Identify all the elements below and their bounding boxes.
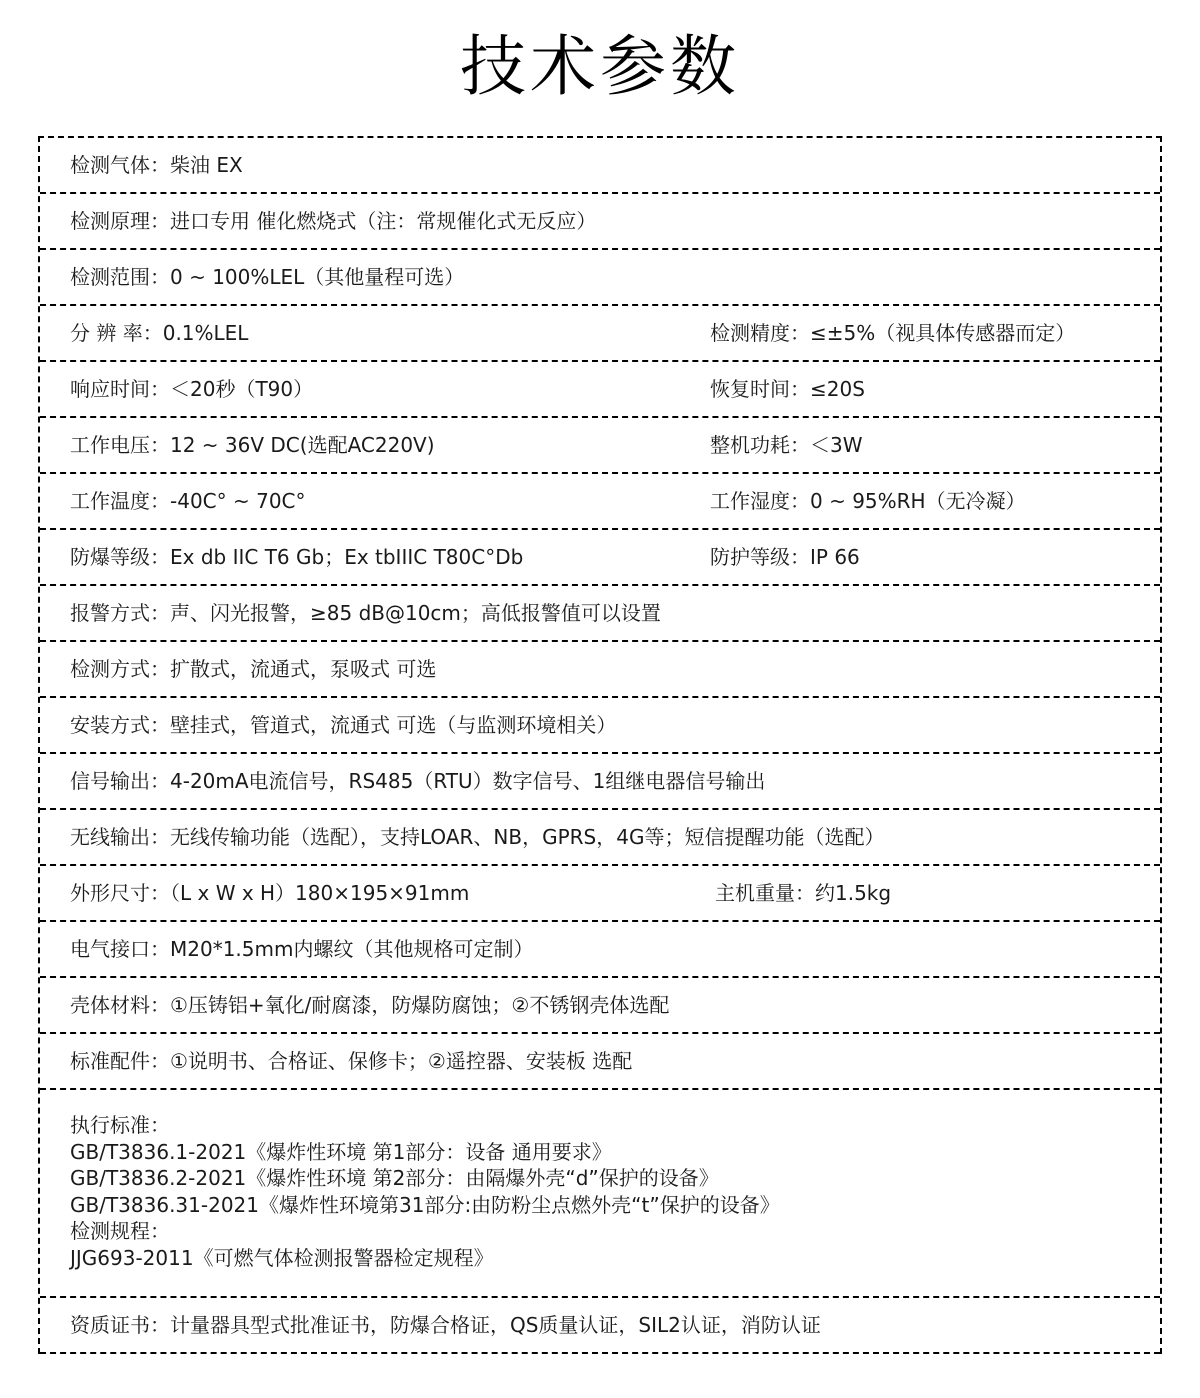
row-detection-principle: 检测原理：进口专用 催化燃烧式（注：常规催化式无反应） xyxy=(40,194,1160,250)
row-resolution-accuracy: 分 辨 率：0.1%LEL 检测精度：≤±5%（视具体传感器而定） xyxy=(40,306,1160,362)
standard-item: GB/T3836.1-2021《爆炸性环境 第1部分：设备 通用要求》 xyxy=(70,1139,612,1166)
row-detection-gas: 检测气体：柴油 EX xyxy=(40,138,1160,194)
resolution: 分 辨 率：0.1%LEL xyxy=(70,321,710,345)
dimensions: 外形尺寸：（L x W x H）180×195×91mm xyxy=(70,881,710,905)
row-dimensions-weight: 外形尺寸：（L x W x H）180×195×91mm 主机重量：约1.5kg xyxy=(40,866,1160,922)
working-temperature: 工作温度：-40C° ~ 70C° xyxy=(70,489,710,513)
row-wireless-output: 无线输出：无线传输功能（选配），支持LOAR、NB，GPRS，4G等；短信提醒功… xyxy=(40,810,1160,866)
row-installation-mode: 安装方式：壁挂式，管道式，流通式 可选（与监测环境相关） xyxy=(40,698,1160,754)
recovery-time: 恢复时间：≤20S xyxy=(710,377,1160,401)
power-consumption: 整机功耗：＜3W xyxy=(710,433,1160,457)
explosion-proof-grade: 防爆等级：Ex db IIC T6 Gb；Ex tbIIIC T80C°Db xyxy=(70,545,710,569)
certificates: 资质证书：计量器具型式批准证书，防爆合格证，QS质量认证，SIL2认证，消防认证 xyxy=(70,1313,1160,1337)
wireless-output: 无线输出：无线传输功能（选配），支持LOAR、NB，GPRS，4G等；短信提醒功… xyxy=(70,825,884,849)
row-signal-output: 信号输出：4-20mA电流信号，RS485（RTU）数字信号、1组继电器信号输出 xyxy=(40,754,1160,810)
detection-mode: 检测方式：扩散式，流通式，泵吸式 可选 xyxy=(70,657,710,681)
detection-principle: 检测原理：进口专用 催化燃烧式（注：常规催化式无反应） xyxy=(70,209,710,233)
host-weight: 主机重量：约1.5kg xyxy=(710,881,1160,905)
row-standard-accessories: 标准配件：①说明书、合格证、保修卡；②遥控器、安装板 选配 xyxy=(40,1034,1160,1090)
protection-grade: 防护等级：IP 66 xyxy=(710,545,1160,569)
verification-heading: 检测规程： xyxy=(70,1218,170,1245)
standard-item: GB/T3836.2-2021《爆炸性环境 第2部分：由隔爆外壳“d”保护的设备… xyxy=(70,1165,719,1192)
standard-accessories: 标准配件：①说明书、合格证、保修卡；②遥控器、安装板 选配 xyxy=(70,1049,710,1073)
row-standards: 执行标准： GB/T3836.1-2021《爆炸性环境 第1部分：设备 通用要求… xyxy=(40,1090,1160,1298)
verification-item: JJG693-2011《可燃气体检测报警器检定规程》 xyxy=(70,1245,494,1272)
row-detection-mode: 检测方式：扩散式，流通式，泵吸式 可选 xyxy=(40,642,1160,698)
row-detection-range: 检测范围：0 ~ 100%LEL（其他量程可选） xyxy=(40,250,1160,306)
page-title: 技术参数 xyxy=(0,22,1200,112)
working-voltage: 工作电压：12 ~ 36V DC(选配AC220V) xyxy=(70,433,710,457)
row-response-recovery: 响应时间：＜20秒（T90） 恢复时间：≤20S xyxy=(40,362,1160,418)
working-humidity: 工作湿度：0 ~ 95%RH（无冷凝） xyxy=(710,489,1160,513)
row-alarm-mode: 报警方式：声、闪光报警，≥85 dB@10cm；高低报警值可以设置 xyxy=(40,586,1160,642)
row-electrical-interface: 电气接口：M20*1.5mm内螺纹（其他规格可定制） xyxy=(40,922,1160,978)
row-explosion-protection: 防爆等级：Ex db IIC T6 Gb；Ex tbIIIC T80C°Db 防… xyxy=(40,530,1160,586)
housing-material: 壳体材料：①压铸铝+氧化/耐腐漆，防爆防腐蚀；②不锈钢壳体选配 xyxy=(70,993,710,1017)
detection-range: 检测范围：0 ~ 100%LEL（其他量程可选） xyxy=(70,265,710,289)
row-certificates: 资质证书：计量器具型式批准证书，防爆合格证，QS质量认证，SIL2认证，消防认证 xyxy=(40,1298,1160,1354)
row-voltage-power: 工作电压：12 ~ 36V DC(选配AC220V) 整机功耗：＜3W xyxy=(40,418,1160,474)
standard-item: GB/T3836.31-2021《爆炸性环境第31部分:由防粉尘点燃外壳“t”保… xyxy=(70,1192,780,1219)
accuracy: 检测精度：≤±5%（视具体传感器而定） xyxy=(710,321,1160,345)
spec-table: 检测气体：柴油 EX 检测原理：进口专用 催化燃烧式（注：常规催化式无反应） 检… xyxy=(38,136,1162,1354)
installation-mode: 安装方式：壁挂式，管道式，流通式 可选（与监测环境相关） xyxy=(70,713,710,737)
electrical-interface: 电气接口：M20*1.5mm内螺纹（其他规格可定制） xyxy=(70,937,710,961)
row-housing-material: 壳体材料：①压铸铝+氧化/耐腐漆，防爆防腐蚀；②不锈钢壳体选配 xyxy=(40,978,1160,1034)
response-time: 响应时间：＜20秒（T90） xyxy=(70,377,710,401)
row-temperature-humidity: 工作温度：-40C° ~ 70C° 工作湿度：0 ~ 95%RH（无冷凝） xyxy=(40,474,1160,530)
alarm-mode: 报警方式：声、闪光报警，≥85 dB@10cm；高低报警值可以设置 xyxy=(70,601,710,625)
detection-gas: 检测气体：柴油 EX xyxy=(70,153,710,177)
signal-output: 信号输出：4-20mA电流信号，RS485（RTU）数字信号、1组继电器信号输出 xyxy=(70,769,765,793)
standards-heading: 执行标准： xyxy=(70,1112,170,1139)
